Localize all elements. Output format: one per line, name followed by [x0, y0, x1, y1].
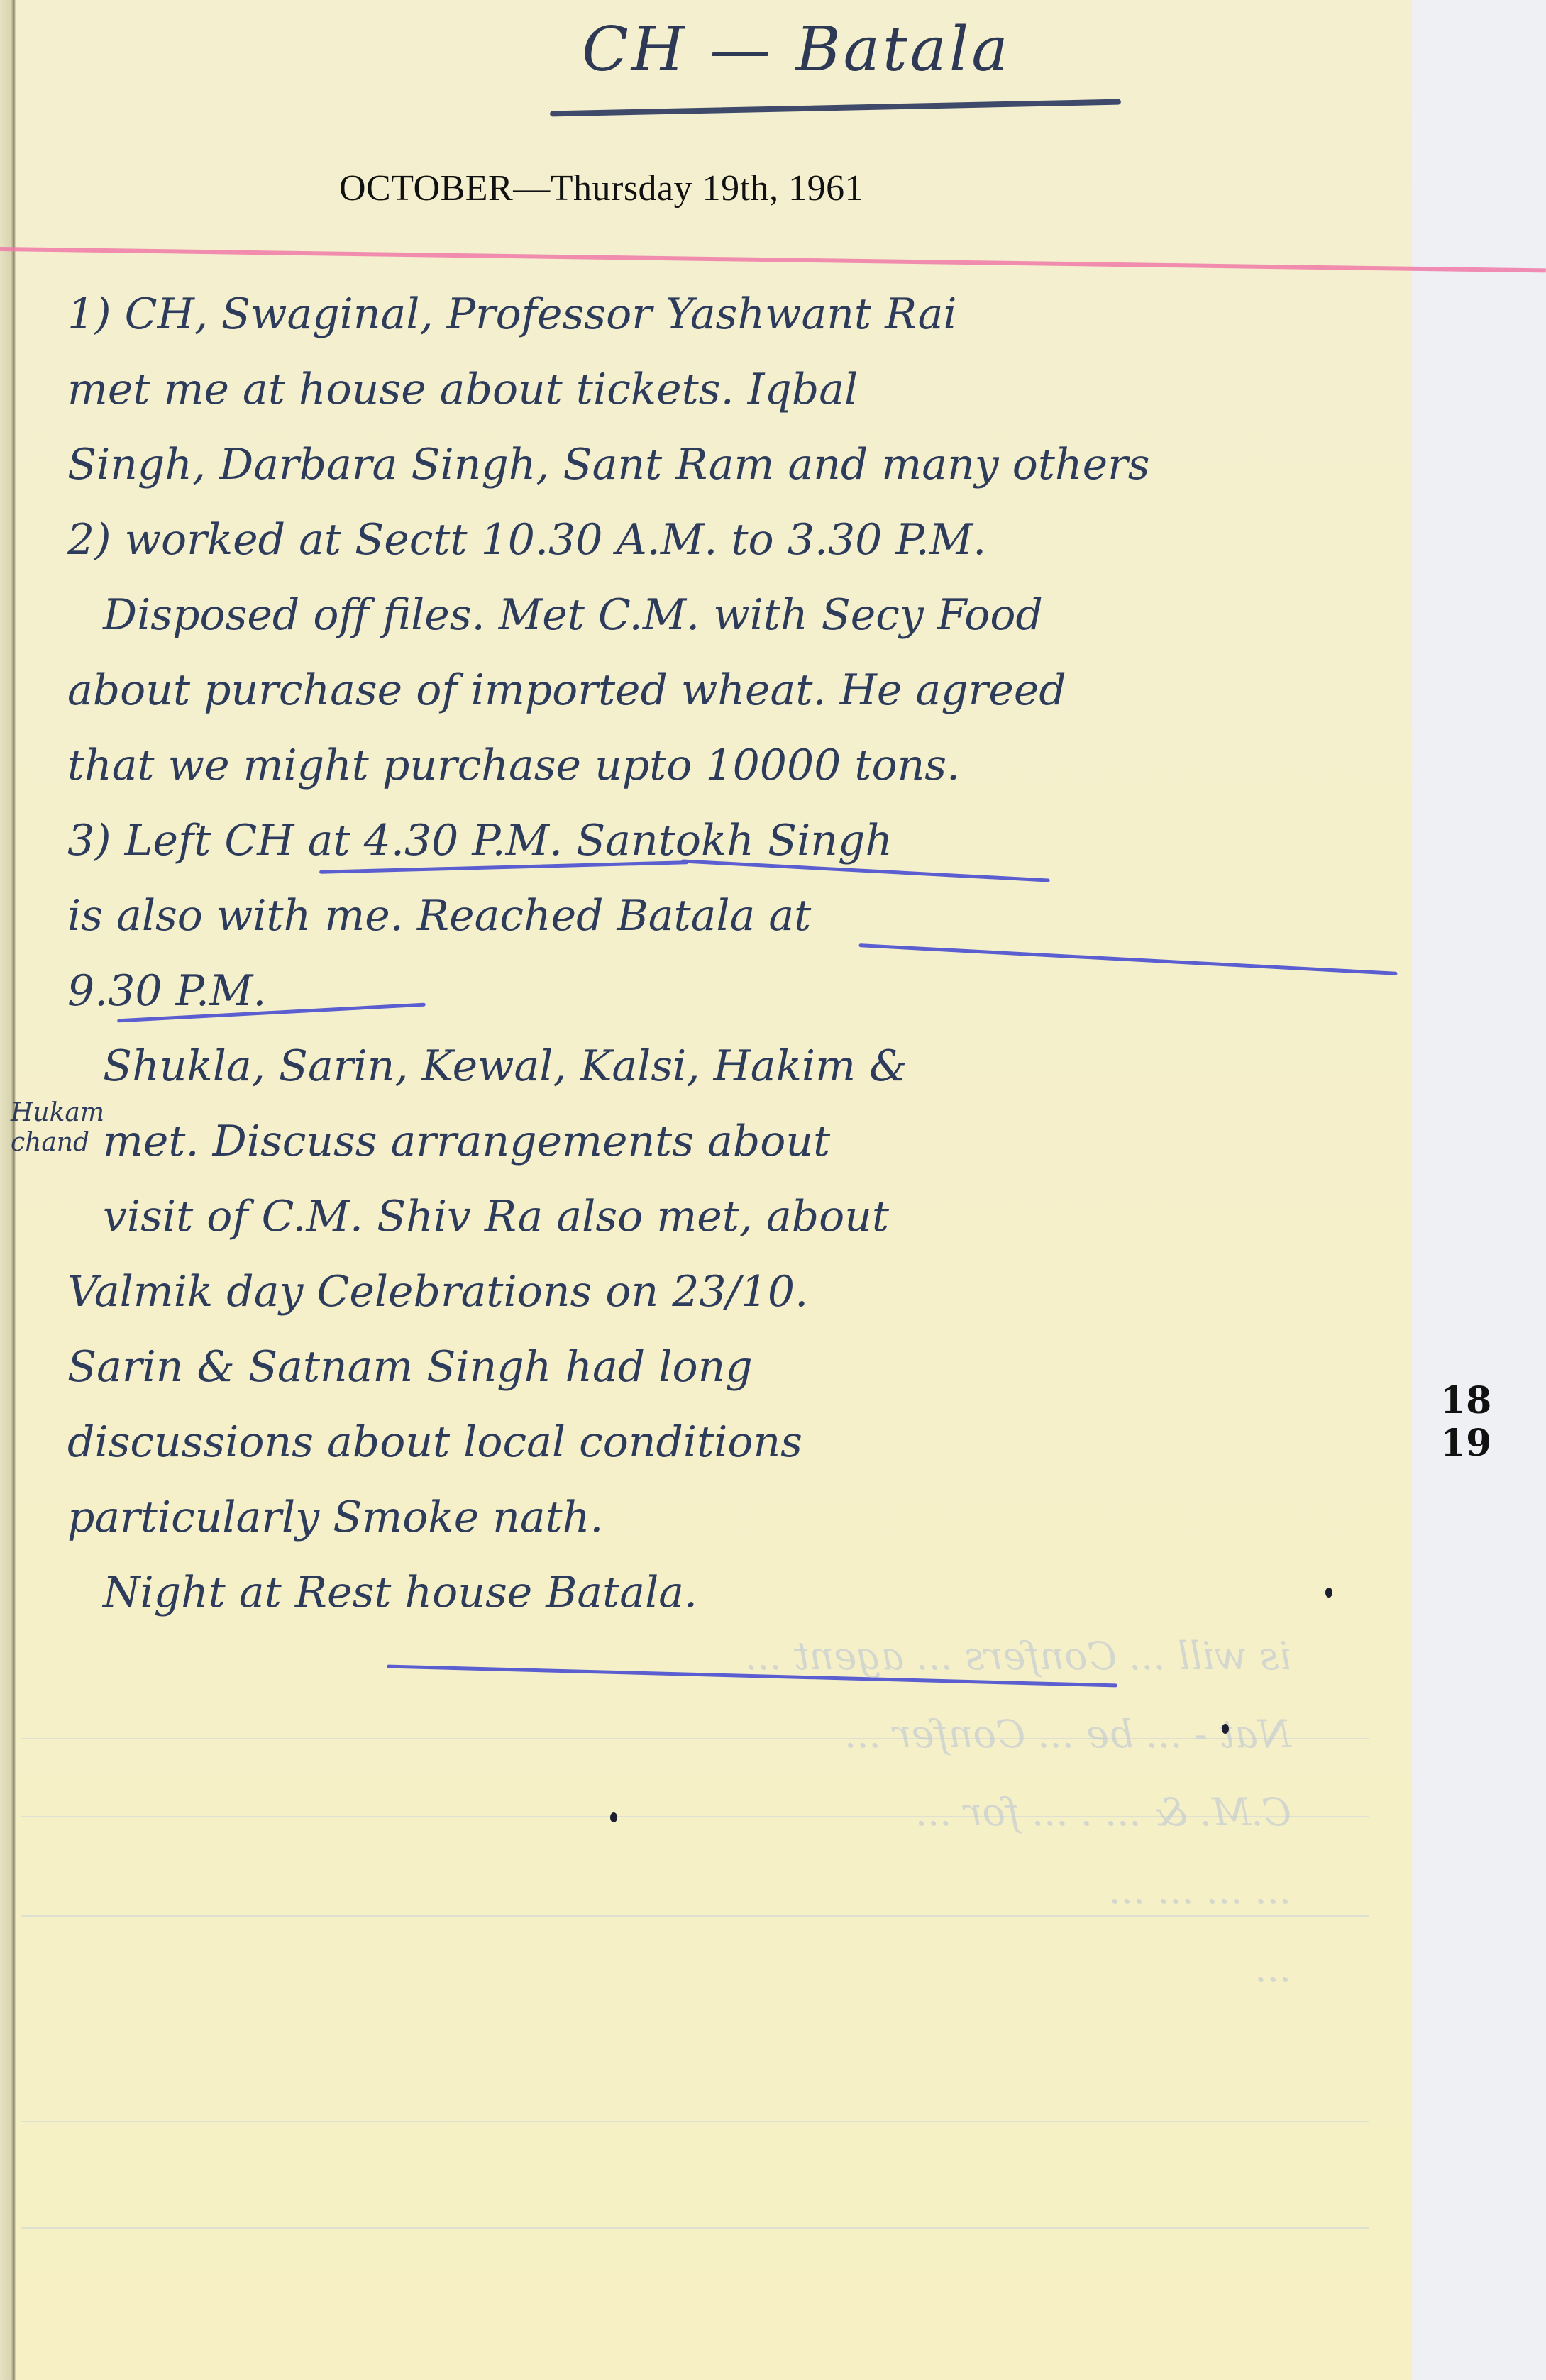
- entry-line: Shukla, Sarin, Kewal, Kalsi, Hakim &: [67, 1029, 1401, 1104]
- entry-line: 2) worked at Sectt 10.30 A.M. to 3.30 P.…: [67, 502, 1401, 577]
- bleed-line: Nat - ... be ... Confer ...: [85, 1695, 1291, 1773]
- printed-date-header: OCTOBER—Thursday 19th, 1961: [339, 167, 863, 209]
- bleed-line: ... ... ... ...: [85, 1852, 1291, 1930]
- entry-line: 3) Left CH at 4.30 P.M. Santokh Singh: [67, 803, 1401, 878]
- entry-line: is also with me. Reached Batala at: [67, 878, 1401, 953]
- header-rule: [0, 247, 1546, 272]
- entry-line: met. Discuss arrangements about: [67, 1104, 1401, 1179]
- page-binding-edge: [0, 0, 16, 2380]
- handwritten-heading: CH — Batala: [582, 14, 1011, 85]
- margin-note-line: chand: [11, 1128, 104, 1158]
- tab-date-current: 19: [1440, 1422, 1491, 1465]
- bleed-line: C.M. & ... . ... for ...: [85, 1773, 1291, 1852]
- diary-entry: 1) CH, Swaginal, Professor Yashwant Rai …: [67, 277, 1401, 1630]
- entry-line: Sarin & Satnam Singh had long: [67, 1329, 1401, 1405]
- ink-dot: [1222, 1724, 1229, 1734]
- entry-line: particularly Smoke nath.: [67, 1480, 1401, 1555]
- ink-dot: [610, 1812, 617, 1822]
- tab-date-prev: 18: [1440, 1380, 1491, 1422]
- entry-line: that we might purchase upto 10000 tons.: [67, 728, 1401, 803]
- margin-note: Hukam chand: [11, 1098, 104, 1158]
- bleed-line: ...: [85, 1930, 1291, 2008]
- entry-line: met me at house about tickets. Iqbal: [67, 352, 1401, 427]
- heading-underline: [550, 99, 1121, 117]
- date-thumb-tab[interactable]: 18 19: [1440, 1380, 1491, 1465]
- entry-line: about purchase of imported wheat. He agr…: [67, 653, 1401, 728]
- page-tab-cutout: [1415, 1518, 1546, 2380]
- bleed-through-text: is will ... Confers ... agent ... Nat - …: [85, 1617, 1291, 2008]
- ruled-line: [21, 2121, 1369, 2122]
- entry-line: visit of C.M. Shiv Ra also met, about: [67, 1179, 1401, 1254]
- entry-line: Disposed off files. Met C.M. with Secy F…: [67, 577, 1401, 653]
- diary-page: CH — Batala OCTOBER—Thursday 19th, 1961 …: [0, 0, 1412, 2380]
- entry-line: Singh, Darbara Singh, Sant Ram and many …: [67, 427, 1401, 502]
- bleed-line: is will ... Confers ... agent ...: [85, 1617, 1291, 1695]
- entry-line: 1) CH, Swaginal, Professor Yashwant Rai: [67, 277, 1401, 352]
- ink-dot: [1325, 1588, 1332, 1598]
- ruled-line: [21, 2227, 1369, 2229]
- entry-line: discussions about local conditions: [67, 1405, 1401, 1480]
- margin-note-line: Hukam: [11, 1098, 104, 1128]
- entry-line: Valmik day Celebrations on 23/10.: [67, 1254, 1401, 1329]
